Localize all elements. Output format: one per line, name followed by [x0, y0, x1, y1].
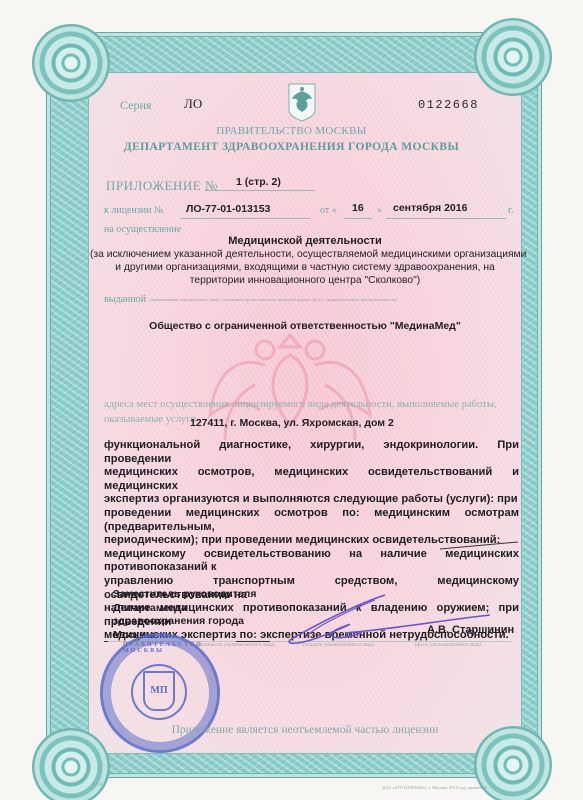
handwritten-signature: [285, 590, 495, 650]
services-line: медицинскому освидетельствованию на нали…: [104, 548, 519, 575]
license-month-year: сентября 2016: [393, 202, 467, 214]
license-year-suffix: г.: [508, 205, 513, 216]
appendix-label: ПРИЛОЖЕНИЕ №: [106, 178, 218, 194]
signatory-position: Заместитель руководителя Департамента зд…: [113, 588, 273, 642]
license-number: ЛО-77-01-013153: [186, 203, 270, 215]
signatory-name: А.В. Старшинин: [427, 624, 514, 636]
activity-title: Медицинской деятельности: [90, 235, 520, 247]
services-line: функциональной диагностике, хирургии, эн…: [104, 439, 519, 466]
series-value: ЛО: [184, 96, 202, 112]
form-number: 0122668: [418, 98, 479, 112]
position-line: Заместитель руководителя: [113, 588, 273, 602]
department-title: ДЕПАРТАМЕНТ ЗДРАВООХРАНЕНИЯ ГОРОДА МОСКВ…: [0, 141, 583, 153]
address-label-line-1: адреса мест осуществления лицензируемого…: [104, 399, 497, 410]
address-value: 127411, г. Москва, ул. Яхромская, дом 2: [190, 417, 394, 429]
month-underline: [386, 218, 506, 219]
license-day-close: »: [377, 205, 382, 216]
issued-hint: (наименование юридического лица с указан…: [150, 297, 397, 302]
appendix-underline: [205, 190, 315, 191]
corner-rosette-top-left: [32, 24, 110, 102]
activity-line-1: (за исключением указанной деятельности, …: [90, 249, 520, 260]
print-code: 4078: [92, 783, 102, 788]
corner-rosette-bottom-left: [32, 728, 110, 800]
position-line: Департамента: [113, 602, 273, 616]
stamp-emblem-icon: МП: [143, 671, 175, 711]
address-label-line-2: оказываемые услуги: [104, 414, 196, 425]
activity-line-2: и другими организациями, входящими в час…: [90, 262, 520, 273]
services-line: проведении медицинских осмотров по: меди…: [104, 507, 519, 534]
issued-label: выданной: [104, 294, 146, 305]
government-title: ПРАВИТЕЛЬСТВО МОСКВЫ: [0, 125, 583, 137]
closing-line: [440, 540, 520, 550]
activity-label: на осуществление: [104, 224, 181, 235]
coat-of-arms-icon: [287, 82, 317, 122]
corner-rosette-top-right: [474, 18, 552, 96]
license-day: 16: [352, 202, 364, 214]
services-line: медицинских осмотров, медицинских освиде…: [104, 466, 519, 493]
footer-note: Приложение является неотъемлемой частью …: [90, 724, 520, 736]
appendix-value: 1 (стр. 2): [236, 176, 281, 188]
license-label: к лицензии №: [104, 205, 164, 216]
activity-line-3: территории инновационного центра "Сколко…: [90, 275, 520, 286]
position-line: здравоохранения города: [113, 615, 273, 629]
services-line: экспертиз организуются и выполняются сле…: [104, 493, 519, 507]
stamp-text: ПРАВИТЕЛЬСТВО МОСКВЫ: [123, 642, 217, 654]
organization-name: Общество с ограниченной ответственностью…: [90, 320, 520, 332]
license-underline: [180, 218, 310, 219]
license-from-label: от «: [320, 205, 337, 216]
printer-info: 2016 «АГР ПАПАМА», г. Москва, 2015 год, …: [382, 785, 487, 790]
series-label: Серия: [120, 98, 151, 113]
day-underline: [344, 218, 372, 219]
